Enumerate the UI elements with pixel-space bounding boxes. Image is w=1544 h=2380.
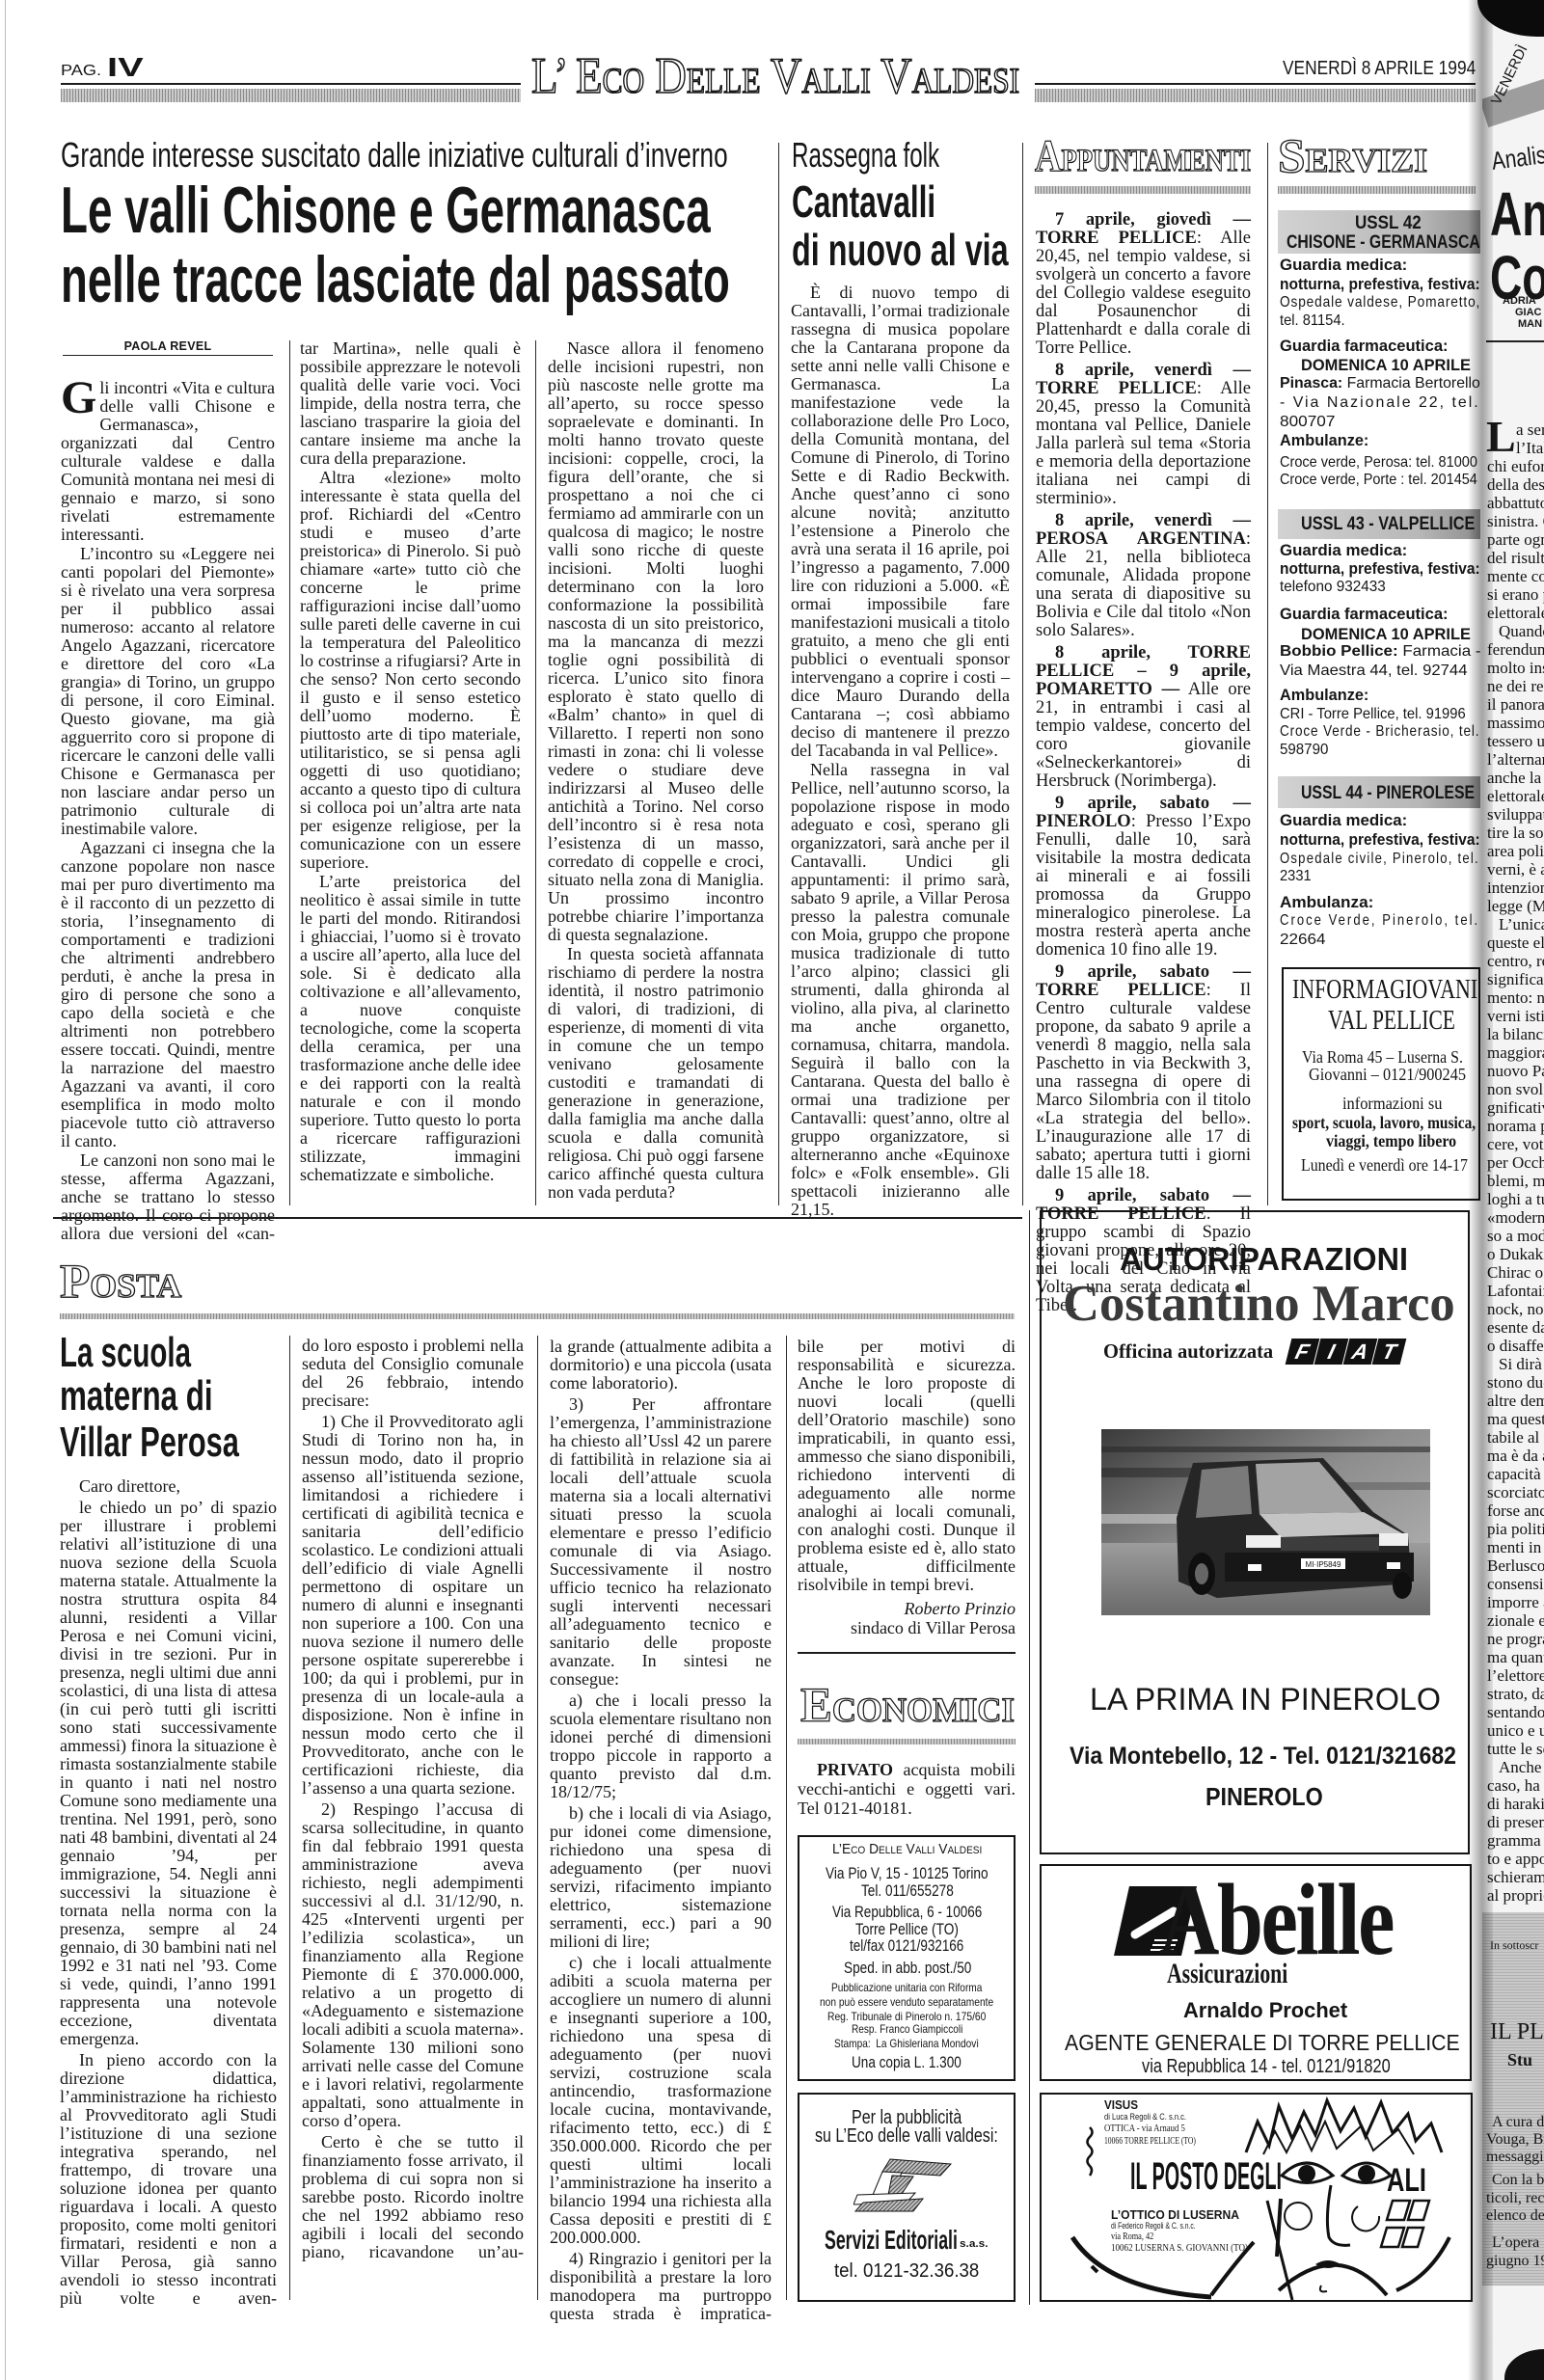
guardia-medica-hours: notturna, prefestiva, festiva:	[1280, 831, 1480, 848]
adjacent-text-line: cere, votar	[1487, 1135, 1544, 1153]
ad-address: Via Montebello, 12 - Tel. 0121/321682	[1070, 1744, 1456, 1769]
article-column-2: tar Martina», nelle quali è possibile ap…	[300, 339, 521, 1184]
letter-column-1: Caro direttore, le chiedo un po’ di spaz…	[60, 1477, 277, 2308]
section-band	[1278, 186, 1476, 194]
column-rule	[1267, 143, 1268, 1205]
guardia-medica-hours: notturna, prefestiva, festiva:	[1280, 276, 1480, 292]
adjacent-text-line: del risultato	[1487, 549, 1544, 567]
drop-cap: G	[61, 380, 96, 417]
adjacent-text-line: tessero una	[1487, 732, 1544, 750]
adjacent-byline: GIAC	[1515, 307, 1542, 318]
adjacent-text-line: unico e un	[1487, 1721, 1544, 1740]
paragraph: 3) Per affrontare l’emergenza, l’amminis…	[550, 1395, 772, 1689]
adjacent-text-line: ma è da a	[1487, 1447, 1544, 1465]
colophon-line: Reg. Tribunale di Pinerolo n. 175/60	[827, 2011, 986, 2022]
guardia-farmaceutica-label: Guardia farmaceutica:	[1280, 606, 1449, 622]
adjacent-box-line: Con la bi	[1492, 2172, 1544, 2189]
paragraph: c) che i locali attualmente adibiti a sc…	[550, 1954, 772, 2247]
colophon-line: Sped. in abb. post./50	[844, 1960, 971, 1976]
advertising-line: su L’Eco delle valli valdesi:	[815, 2126, 998, 2146]
adjacent-text-line: della destr	[1487, 475, 1544, 494]
adjacent-text-line: blemi, ma	[1487, 1172, 1544, 1190]
paragraph: tar Martina», nelle quali è possibile ap…	[300, 339, 521, 468]
paragraph: In questa società affannata rischiamo di…	[548, 945, 764, 1202]
section-band	[1035, 186, 1251, 194]
service-line: telefono 932433	[1280, 580, 1386, 595]
salutation: Caro direttore,	[60, 1477, 277, 1496]
paragraph: a) che i locali presso la scuola element…	[550, 1691, 772, 1801]
adjacent-byline: ADRIA	[1503, 295, 1536, 307]
farmacia-line: Bobbio Pellice: Farmacia -	[1280, 644, 1481, 660]
adjacent-text-line: L’unica	[1487, 915, 1544, 933]
ad-slogan: LA PRIMA IN PINEROLO	[1090, 1684, 1441, 1715]
adjacent-text-line: massimo tr	[1487, 714, 1544, 732]
adjacent-kicker: Analisi	[1490, 140, 1544, 176]
byline-rule	[63, 355, 273, 356]
guardia-medica-label: Guardia medica:	[1280, 542, 1407, 558]
ambulanze-label: Ambulanze:	[1280, 432, 1368, 448]
event-item: 7 aprile, giovedì — TORRE PELLICE: Alle …	[1036, 211, 1251, 358]
adjacent-text-line: Si dirà c	[1487, 1355, 1544, 1373]
adjacent-text-line: abbattuto p	[1487, 494, 1544, 512]
rassegna-headline-line1: Cantavalli	[792, 179, 935, 224]
article-kicker: Grande interesse suscitato dalle iniziat…	[61, 138, 728, 173]
adjacent-text-line: scorciatoi	[1487, 1483, 1544, 1501]
adjacent-text-line: strato, da	[1487, 1685, 1544, 1703]
adjacent-text-line: si erano po	[1487, 585, 1544, 604]
adjacent-box-line: ticoli, rece	[1486, 2190, 1544, 2207]
adjacent-text-line: schieramen	[1487, 1868, 1544, 1886]
service-line: - Via Nazionale 22, tel.	[1280, 395, 1480, 411]
adjacent-text-line: l’elettore	[1487, 1666, 1544, 1685]
adjacent-text-line: sentandosi	[1487, 1703, 1544, 1721]
informagiovani-subtitle: VAL PELLICE	[1328, 1008, 1455, 1035]
page-label: PAG.	[61, 64, 101, 79]
informagiovani-topics: sport, scuola, lavoro, musica,	[1292, 1114, 1476, 1131]
adjacent-box-line: Stu	[1507, 2050, 1532, 2070]
guardia-medica-hours: notturna, prefestiva, festiva:	[1280, 560, 1480, 577]
service-line: 800707	[1280, 415, 1335, 430]
informagiovani-info-label: informazioni su	[1342, 1095, 1442, 1112]
adjacent-text-line: il panoram	[1487, 695, 1544, 714]
informagiovani-hours: Lunedì e venerdì ore 14-17	[1301, 1156, 1468, 1174]
colophon-title: L’Eco Delle Valli Valdesi	[832, 1842, 982, 1856]
event-item: 8 aprile, TORRE PELLICE – 9 aprile, POMA…	[1036, 644, 1251, 791]
adjacent-text-line: gramma di	[1487, 1831, 1544, 1850]
shop-line: di Federico Regoli & C. s.n.c.	[1111, 2222, 1196, 2231]
ad-subtitle: Officina autorizzata	[1103, 1341, 1273, 1362]
agent-name: Arnaldo Prochet	[1183, 2000, 1347, 2021]
paragraph: Agazzani ci insegna che la canzone popol…	[61, 839, 275, 1150]
car-photo: MI·IP5849	[1101, 1429, 1430, 1615]
letter-headline-line1: La scuola	[60, 1332, 191, 1374]
paragraph: Certo è che se tutto il finanziamento fo…	[302, 2133, 524, 2261]
ambulanze-label: Ambulanze:	[1280, 687, 1368, 703]
paragraph: b) che i locali di via Asiago, pur idone…	[550, 1804, 772, 1951]
adjacent-text-line: ne dei refe	[1487, 677, 1544, 695]
service-line: tel. 81154.	[1280, 313, 1345, 329]
event-description: : Alle 20,45, presso la Comunità montana…	[1036, 379, 1251, 508]
adjacent-text-line: chi eufori	[1487, 457, 1544, 475]
farmacia-date: DOMENICA 10 APRILE	[1301, 357, 1471, 373]
farmacia-line: Pinasca: Farmacia Bertorello	[1280, 376, 1480, 392]
shop-line: OTTICA - via Arnaud 5	[1104, 2124, 1185, 2135]
adjacent-text-line: non svolge	[1487, 1080, 1544, 1098]
letter-headline-line3: Villar Perosa	[60, 1421, 239, 1464]
adjacent-text-line: stono due	[1487, 1373, 1544, 1392]
service-line: Via Maestra 44, tel. 92744	[1280, 663, 1467, 679]
paragraph: Nasce allora il fenomeno delle incisioni…	[548, 339, 764, 944]
adjacent-box-line: In sottoscr	[1490, 1938, 1538, 1953]
colophon-line: Stampa: La Ghisleriana Mondovì	[834, 2038, 979, 2049]
adjacent-text-line: forse anch	[1487, 1501, 1544, 1520]
advertising-line: Per la pubblicità	[852, 2108, 962, 2127]
adjacent-text-line: Lafontain	[1487, 1282, 1544, 1300]
adjacent-text-line: norama po	[1487, 1117, 1544, 1135]
adjacent-text-line: tabile al n	[1487, 1428, 1544, 1447]
adjacent-box-line: L’opera	[1492, 2234, 1539, 2252]
paragraph: 1) Che il Provveditorato agli Studi di T…	[302, 1413, 524, 1798]
signature-rule	[798, 1652, 1016, 1654]
adjacent-text-line: significant	[1487, 970, 1544, 988]
service-line: 2331	[1280, 869, 1312, 884]
column-rule	[535, 340, 536, 1205]
adjacent-text-line: Anche la	[1487, 1758, 1544, 1776]
ad-business-name: Costantino Marco	[1063, 1279, 1455, 1330]
colophon-line: tel/fax 0121/932166	[850, 1937, 963, 1954]
colophon-line: Tel. 011/655278	[861, 1882, 954, 1899]
adjacent-text-line: o disaffezi	[1487, 1337, 1544, 1355]
abeille-logo-subtitle: Assicurazioni	[1167, 1960, 1287, 1988]
event-item: 9 aprile, sabato — TORRE PELLICE: Il Cen…	[1036, 963, 1251, 1183]
header-band-left	[61, 89, 521, 102]
adjacent-text-line: a sera	[1487, 420, 1544, 439]
paragraph: 4) Ringrazio i genitori per la disponibi…	[550, 2250, 772, 2323]
informagiovani-title: INFORMAGIOVANI	[1292, 977, 1477, 1004]
adjacent-text-line: centro, rele	[1487, 952, 1544, 970]
event-date-place: 8 aprile, venerdì — PEROSA ARGENTINA	[1036, 511, 1251, 549]
servizi-title: Servizi	[1278, 131, 1427, 179]
byline: PAOLA REVEL	[63, 339, 273, 353]
shop-name: L’OTTICO DI LUSERNA	[1111, 2208, 1239, 2221]
adjacent-text-line: Quando	[1487, 622, 1544, 640]
appuntamenti-list: 7 aprile, giovedì — TORRE PELLICE: Alle …	[1036, 211, 1251, 1315]
service-line: Croce verde, Perosa: tel. 81000	[1280, 455, 1477, 471]
adjacent-text-line: elettorale si	[1487, 604, 1544, 622]
adjacent-text-line: queste ele	[1487, 933, 1544, 952]
shop-line: 10062 LUSERNA S. GIOVANNI (TO)	[1111, 2244, 1248, 2255]
adjacent-text-line: verni istitu	[1487, 1007, 1544, 1025]
letter-column-2: do loro esposto i problemi nella seduta …	[302, 1337, 524, 2261]
event-description: : Il Centro culturale valdese propone, d…	[1036, 981, 1251, 1183]
adjacent-text-line: pia politi	[1487, 1520, 1544, 1538]
farmacia-town: Bobbio Pellice:	[1280, 643, 1398, 660]
adjacent-text-line: o Dukaki	[1487, 1245, 1544, 1263]
article-column-1: Gli incontri «Vita e cultura delle valli…	[61, 379, 275, 1243]
guardia-farmaceutica-label: Guardia farmaceutica:	[1280, 338, 1449, 354]
adjacent-text-line: area politi	[1487, 842, 1544, 860]
adjacent-text-line: gnificativo	[1487, 1098, 1544, 1117]
adjacent-headline: And	[1490, 183, 1544, 245]
header-rule-right	[1035, 83, 1476, 85]
adjacent-rule	[1486, 340, 1544, 342]
adjacent-text-line: to e appo	[1487, 1850, 1544, 1868]
adjacent-text-line: menti in c	[1487, 1538, 1544, 1556]
letter-headline-line2: materna di	[60, 1375, 213, 1418]
shop-line: di Luca Regoli & C. s.n.c.	[1104, 2113, 1186, 2122]
paragraph: le chiedo un po’ di spazio per illustrar…	[60, 1499, 277, 2048]
rassegna-headline-line2: di nuovo al via	[792, 228, 1009, 272]
paragraph: Le canzoni non sono mai le stesse, affer…	[61, 1151, 275, 1243]
agent-address: via Repubblica 14 - tel. 0121/91820	[1142, 2057, 1391, 2076]
adjacent-text-line: ferendum p	[1487, 640, 1544, 659]
ussl42-title: USSL 42	[1355, 214, 1422, 232]
colophon-line: Torre Pellice (TO)	[855, 1921, 959, 1937]
service-line: Croce Verde - Bricherasio, tel.	[1280, 724, 1479, 740]
header-band-right	[1035, 89, 1476, 102]
colophon-line: Resp. Franco Giampiccoli	[852, 2023, 962, 2035]
adjacent-text-line: imporre a	[1487, 1593, 1544, 1611]
adjacent-text-line: Berluscon	[1487, 1556, 1544, 1575]
section-band	[798, 1739, 1016, 1744]
appuntamenti-title: Appuntamenti	[1035, 134, 1251, 179]
economici-title: Economici	[800, 1682, 1015, 1731]
column-rule	[1029, 1210, 1030, 2305]
adjacent-text-line: maggioran	[1487, 1043, 1544, 1062]
adjacent-text-line: zionale e a	[1487, 1611, 1544, 1630]
informagiovani-address: Via Roma 45 – Luserna S.	[1302, 1048, 1463, 1066]
optician-logo-text: IL POSTO DEGLI	[1130, 2155, 1282, 2198]
adjacent-text-line: sinistra. Q	[1487, 512, 1544, 530]
paragraph: bile per motivi di responsabilità e sicu…	[798, 1338, 1016, 1594]
paragraph: Nella rassegna in val Pellice, nell’autu…	[791, 761, 1010, 1219]
posta-title: Posta	[60, 1257, 181, 1305]
event-description: : Alle 20,45, nel tempio valdese, si svo…	[1036, 229, 1251, 358]
adjacent-text-line: tire la sop	[1487, 824, 1544, 842]
adjacent-text-line: elettorale	[1487, 787, 1544, 805]
scan-edge-line	[5, 0, 6, 2380]
paragraph: L’incontro su «Leggere nei canti popolar…	[61, 545, 275, 838]
adjacent-text-line: mento: né f	[1487, 988, 1544, 1007]
paragraph: È di nuovo tempo di Cantavalli, l’ormai …	[791, 284, 1010, 760]
publisher-name: Servizi Editoriali	[825, 2227, 958, 2254]
adjacent-text-line: sviluppata	[1487, 805, 1544, 824]
adjacent-body: a seral’Italiachi euforidella destrabbat…	[1487, 420, 1544, 1905]
farmacia-name: Farmacia Bertorello	[1342, 375, 1480, 392]
service-line: Ospedale civile, Pinerolo, tel.	[1280, 852, 1479, 867]
rassegna-kicker: Rassegna folk	[792, 138, 939, 173]
column-rule	[1022, 143, 1023, 1205]
adjacent-text-line: al proprio	[1487, 1886, 1544, 1905]
ussl44-title: USSL 44 - PINEROLESE	[1301, 784, 1475, 802]
guardia-medica-label: Guardia medica:	[1280, 812, 1407, 828]
service-line: CRI - Torre Pellice, tel. 91996	[1280, 707, 1466, 722]
event-item: 9 aprile, sabato — PINEROLO: Presso l’Ex…	[1036, 795, 1251, 960]
signature-name: Roberto Prinzio	[798, 1600, 1016, 1618]
column-rule	[289, 340, 290, 1205]
adjacent-text-line: di harakiri	[1487, 1795, 1544, 1813]
article-column-3: Nasce allora il fenomeno delle incisioni…	[548, 339, 764, 1202]
shop-line: 10066 TORRE PELLICE (TO)	[1104, 2137, 1196, 2148]
ussl43-title: USSL 43 - VALPELLICE	[1301, 515, 1475, 533]
adjacent-text-line: Chirac o	[1487, 1263, 1544, 1282]
adjacent-text-line: ne progra	[1487, 1630, 1544, 1648]
colophon-line: Pubblicazione unitaria con Riforma	[831, 1982, 982, 1993]
farmacia-town: Pinasca:	[1280, 375, 1342, 392]
adjacent-box-title: IL PLU	[1490, 2019, 1544, 2045]
adjacent-text-line: verni, è an	[1487, 860, 1544, 879]
signature-title: sindaco di Villar Perosa	[798, 1619, 1016, 1637]
colophon-price: Una copia L. 1.300	[852, 2054, 962, 2070]
classified-ad: PRIVATO acquista mobili vecchi-antichi e…	[798, 1760, 1016, 1818]
shop-name: VISUS	[1104, 2098, 1138, 2111]
adjacent-text-line: altre demo	[1487, 1392, 1544, 1410]
paragraph: la grande (attualmente adibita a dormito…	[550, 1338, 772, 1393]
adjacent-text-line: tutte le sch	[1487, 1740, 1544, 1758]
adjacent-text-line: molto insis	[1487, 659, 1544, 677]
optician-logo-tail: ALI	[1387, 2162, 1426, 2199]
license-plate: MI·IP5849	[1306, 1560, 1341, 1569]
guardia-medica-label: Guardia medica:	[1280, 257, 1407, 273]
page-gutter-shadow	[1468, 0, 1493, 2380]
publisher-suffix: s.a.s.	[960, 2239, 988, 2250]
section-divider	[53, 1217, 1022, 1219]
colophon-line: Via Repubblica, 6 - 10066	[832, 1904, 982, 1920]
column-rule	[289, 1336, 290, 2300]
column-rule	[786, 1336, 787, 2300]
informagiovani-address: Giovanni – 0121/900245	[1309, 1066, 1466, 1083]
adjacent-text-line: l’Italia	[1487, 439, 1544, 457]
classified-lead: PRIVATO	[817, 1760, 893, 1779]
adjacent-box-line: A cura d	[1492, 2114, 1544, 2131]
service-line: Ospedale valdese, Pomaretto,	[1280, 295, 1480, 311]
ussl42-area: CHISONE - GERMANASCA	[1287, 233, 1480, 252]
paragraph: do loro esposto i problemi nella seduta …	[302, 1337, 524, 1410]
adjacent-box-line: messaggi d	[1486, 2149, 1544, 2166]
ambulanza-label: Ambulanza:	[1280, 894, 1373, 910]
column-rule	[537, 1336, 538, 2300]
article-headline-line2: nelle tracce lasciate dal passato	[61, 247, 730, 312]
issue-date: VENERDÌ 8 APRILE 1994	[1283, 59, 1476, 78]
adjacent-text-line: di present	[1487, 1813, 1544, 1831]
adjacent-text-line: nock, non	[1487, 1300, 1544, 1318]
adjacent-text-line: esente da r	[1487, 1318, 1544, 1337]
adjacent-box-line: giugno 199	[1486, 2253, 1544, 2270]
agent-role: AGENTE GENERALE DI TORRE PELLICE	[1065, 2032, 1460, 2054]
header-rule-left	[61, 83, 521, 85]
colophon-line: non può essere venduto separatamente	[820, 1996, 993, 2008]
adjacent-text-line: capacità i	[1487, 1465, 1544, 1483]
adjacent-text-line: caso, ha o	[1487, 1776, 1544, 1795]
masthead-title: L’ Eco Delle Valli Valdesi	[531, 51, 1019, 102]
adjacent-text-line: consensi ra	[1487, 1575, 1544, 1593]
page-number: IV	[107, 54, 144, 81]
adjacent-text-line: mente com	[1487, 567, 1544, 585]
column-rule	[778, 143, 779, 1205]
adjacent-text-line: parte ogni v	[1487, 530, 1544, 549]
adjacent-text-line: anche la p	[1487, 769, 1544, 787]
adjacent-text-line: so a mode	[1487, 1227, 1544, 1245]
adjacent-text-line: «moderne	[1487, 1208, 1544, 1227]
adjacent-text-line: ma questo	[1487, 1410, 1544, 1428]
adjacent-text-line: nuovo Par	[1487, 1062, 1544, 1080]
service-line: Croce Verde, Pinerolo, tel.	[1280, 913, 1479, 929]
event-description: : Presso l’Expo Fenulli, dalle 10, sarà …	[1036, 812, 1251, 960]
paragraph: In pieno accordo con la direzione didatt…	[60, 2051, 277, 2308]
rassegna-body: È di nuovo tempo di Cantavalli, l’ormai …	[791, 284, 1010, 1219]
article-headline-line1: Le valli Chisone e Germanasca	[61, 177, 711, 243]
shop-line: via Roma, 42	[1111, 2232, 1153, 2243]
letter-column-4: bile per motivi di responsabilità e sicu…	[798, 1338, 1016, 1637]
paragraph: L’arte preistorica del neolitico è assai…	[300, 873, 521, 1184]
letter-column-3: la grande (attualmente adibita a dormito…	[550, 1338, 772, 2323]
paragraph: 2) Respingo l’accusa di scarsa sollecitu…	[302, 1800, 524, 2130]
ad-city: PINEROLO	[1205, 1784, 1323, 1809]
adjacent-text-line: intenzioni	[1487, 879, 1544, 897]
service-line: Croce verde, Porte : tel. 201454	[1280, 473, 1477, 488]
service-line: 598790	[1280, 743, 1328, 758]
event-item: 8 aprile, venerdì — PEROSA ARGENTINA: Al…	[1036, 512, 1251, 640]
event-item: 8 aprile, venerdì — TORRE PELLICE: Alle …	[1036, 362, 1251, 508]
colophon-line: Via Pio V, 15 - 10125 Torino	[826, 1865, 989, 1881]
adjacent-text-line: l’alternanza	[1487, 750, 1544, 769]
adjacent-text-line: legge (Mat	[1487, 897, 1544, 915]
adjacent-box-line: elenco dell	[1486, 2207, 1544, 2225]
paragraph: Altra «lezione» molto interessante è sta…	[300, 469, 521, 872]
publisher-phone: tel. 0121-32.36.38	[834, 2261, 979, 2281]
adjacent-text-line: per Ocche	[1487, 1153, 1544, 1172]
farmacia-date: DOMENICA 10 APRILE	[1301, 626, 1471, 642]
ad-heading: AUTORIPARAZIONI	[1120, 1243, 1408, 1275]
informagiovani-topics: viaggi, tempo libero	[1326, 1132, 1456, 1149]
adjacent-text-line: la bilancia	[1487, 1025, 1544, 1043]
section-band	[60, 1313, 1015, 1319]
adjacent-text-line: ma quanto	[1487, 1648, 1544, 1666]
adjacent-box-line: Vouga, Br	[1486, 2131, 1544, 2149]
adjacent-text-line: loghi a tu	[1487, 1190, 1544, 1208]
servizi-editoriali-logo-icon	[853, 2158, 952, 2212]
service-line: 22664	[1280, 933, 1325, 948]
adjacent-byline: MAN	[1518, 318, 1542, 330]
abeille-logo-text: Abeille	[1159, 1869, 1393, 1971]
